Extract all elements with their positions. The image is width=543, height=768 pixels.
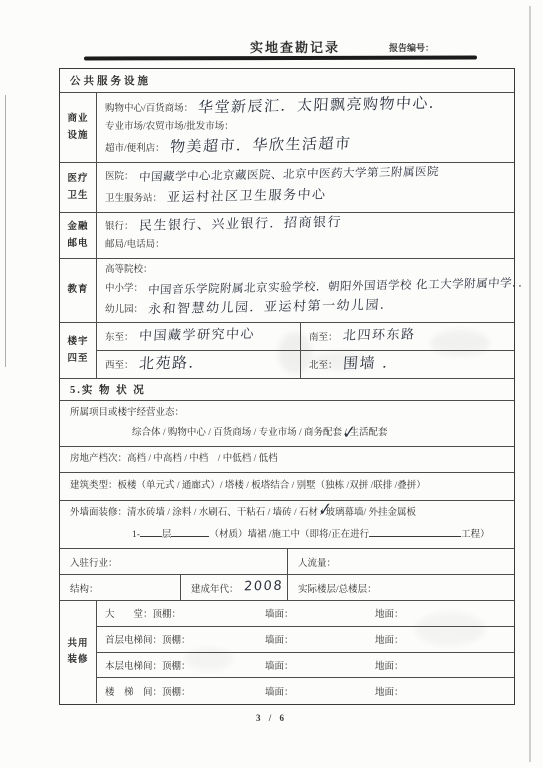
- wall-label: 墙面：: [265, 684, 375, 698]
- business-type-options: 综合体 / 购物中心 / 百货商场 / 专业市场 / 商务配套 / 生活配套: [70, 428, 514, 439]
- scan-artifact-line: [529, 6, 531, 762]
- handwritten-hospital: 中国藏学中心北京藏医院、北京中医药大学第三附属医院: [138, 166, 439, 183]
- row-education: 教育 高等院校： 中小学：中国音乐学院附属北京实验学校．朝阳外国语学校 化工大学…: [60, 259, 514, 323]
- field-label: 幼儿园：: [105, 305, 143, 315]
- field-label: 中小学：: [105, 284, 143, 294]
- field-label: 购物中心/百货商场：: [105, 104, 193, 114]
- area-name: 大 堂：: [105, 610, 153, 620]
- row-label-education: 教育: [60, 259, 97, 322]
- row-finance: 金融邮电 银行：民生银行、兴业银行．招商银行 邮局/电话局：: [60, 213, 514, 259]
- exterior-finish-options: 外墙面装修：清水砖墙 / 涂料 / 水刷石、干粘石 / 墙砖 / 石材 / 玻璃…: [70, 508, 514, 519]
- row-boundaries: 楼宇四至 东至：中国藏学研究中心 南至：北四环东路 西至：北苑路． 北至：围墙 …: [60, 323, 514, 379]
- field-label: 高等院校：: [105, 265, 153, 275]
- handwritten-east: 中国藏学研究中心: [138, 328, 255, 343]
- floor-label: 地面：: [375, 606, 404, 620]
- blank-field: [171, 527, 209, 537]
- section-title: 公共服务设施: [70, 73, 151, 88]
- row-building-type: 建筑类型：板楼（单元式 / 通廊式）/ 塔楼 / 板塔结合 / 别墅（独栋 /双…: [60, 473, 514, 501]
- field-market: 专业市场/农贸市场/批发市场：: [105, 122, 514, 133]
- field-label: 专业市场/农贸市场/批发市场：: [105, 122, 234, 132]
- field-structure: 结构：: [60, 575, 181, 600]
- ceiling-label: 顶棚：: [162, 662, 191, 672]
- field-floors: 实际楼层/总楼层：: [288, 575, 514, 600]
- row-label-medical: 医疗卫生: [60, 163, 97, 212]
- business-type-label: 所属项目或楼宇经营业态：: [70, 408, 514, 419]
- row-industry-traffic: 入驻行业： 人流量：: [60, 549, 514, 575]
- field-label: 超市/便利店：: [105, 144, 165, 154]
- ceiling-label: 顶棚：: [162, 636, 191, 646]
- field-college: 高等院校：: [105, 265, 514, 276]
- field-supermarket: 超市/便利店：物美超市．华欣生活超市: [105, 139, 514, 155]
- field-post: 邮局/电话局：: [105, 240, 514, 251]
- field-hospital: 医院：中国藏学中心北京藏医院、北京中医药大学第三附属医院: [105, 170, 514, 183]
- ceiling-label: 顶棚：: [153, 610, 182, 620]
- row-business-type: 所属项目或楼宇经营业态： 综合体 / 购物中心 / 百货商场 / 专业市场 / …: [60, 401, 514, 447]
- row-medical: 医疗卫生 医院：中国藏学中心北京藏医院、北京中医药大学第三附属医院 卫生服务站：…: [60, 163, 514, 213]
- field-label: 西至：: [105, 357, 134, 371]
- field-south: 南至：北四环东路: [301, 323, 514, 351]
- handwritten-south: 北四环东路: [342, 328, 415, 342]
- handwritten-check-business-type: ✓: [342, 424, 356, 443]
- row-label-commercial: 商业设施: [60, 93, 97, 162]
- handwritten-west: 北苑路．: [138, 355, 205, 371]
- page-number: 3 / 6: [0, 713, 543, 723]
- ceiling-label: 顶棚：: [162, 688, 191, 698]
- area-name: 楼 梯 间：: [105, 688, 162, 698]
- field-shopping-center: 购物中心/百货商场：华堂新辰汇．太阳飘亮购物中心．: [105, 99, 514, 115]
- page-title: 实地查勘记录: [250, 37, 340, 56]
- handwritten-kindergarten: 永和智慧幼儿园．亚运村第一幼儿园．: [148, 298, 395, 316]
- field-year-built: 建成年代：2008: [181, 575, 288, 600]
- shared-row-this-floor-elevator: 本层电梯间：顶棚：墙面：地面：: [97, 653, 514, 679]
- field-label: 银行：: [105, 222, 134, 232]
- handwritten-bank: 民生银行、兴业银行．招商银行: [138, 216, 342, 233]
- wall-label: 墙面：: [265, 658, 375, 672]
- handwritten-year: 2008: [243, 580, 283, 594]
- field-north: 北至：围墙 ．: [301, 351, 514, 379]
- field-school: 中小学：中国音乐学院附属北京实验学校．朝阳外国语学校 化工大学附属中学．．: [105, 282, 514, 295]
- scanned-form-page: 实地查勘记录 报告编号： 公共服务设施 商业设施 购物中心/百货商场：华堂新辰汇…: [0, 0, 543, 768]
- row-structure-year-floors: 结构： 建成年代：2008 实际楼层/总楼层：: [60, 575, 514, 601]
- row-label-boundaries: 楼宇四至: [60, 323, 97, 378]
- field-label: 南至：: [309, 329, 338, 343]
- field-west: 西至：北苑路．: [97, 351, 301, 379]
- floor-label: 地面：: [375, 658, 404, 672]
- scan-artifact-line: [5, 95, 6, 367]
- handwritten-school: 中国音乐学院附属北京实验学校．朝阳外国语学校 化工大学附属中学．．: [148, 278, 531, 297]
- handwritten-shopping-center: 华堂新辰汇．太阳飘亮购物中心．: [198, 96, 446, 116]
- field-label: 卫生服务站：: [105, 194, 162, 204]
- handwritten-clinic: 亚运村社区卫生服务中心: [167, 188, 327, 204]
- blank-field: [369, 527, 461, 537]
- section-physical-condition: 5.实 物 状 况: [60, 379, 514, 401]
- shared-row-first-floor-elevator: 首层电梯间：顶棚：墙面：地面：: [97, 627, 514, 653]
- header-rule: [84, 55, 477, 60]
- field-clinic: 卫生服务站：亚运村社区卫生服务中心: [105, 191, 514, 205]
- field-kindergarten: 幼儿园：永和智慧幼儿园．亚运村第一幼儿园．: [105, 302, 514, 316]
- area-name: 首层电梯间：: [105, 636, 162, 646]
- handwritten-north: 围墙 ．: [342, 355, 399, 371]
- building-type-line: 建筑类型：板楼（单元式 / 通廊式）/ 塔楼 / 板塔结合 / 别墅（独栋 /双…: [70, 481, 426, 492]
- floor-label: 地面：: [375, 684, 404, 698]
- wall-label: 墙面：: [265, 606, 375, 620]
- report-number-label: 报告编号：: [389, 41, 434, 54]
- floor-label: 地面：: [375, 632, 404, 646]
- row-exterior-finish: 外墙面装修：清水砖墙 / 涂料 / 水刷石、干粘石 / 墙砖 / 石材 / 玻璃…: [60, 501, 514, 549]
- field-bank: 银行：民生银行、兴业银行．招商银行: [105, 219, 514, 233]
- area-name: 本层电梯间：: [105, 662, 162, 672]
- handwritten-supermarket: 物美超市．华欣生活超市: [169, 137, 352, 156]
- wall-label: 墙面：: [265, 632, 375, 646]
- field-label: 医院：: [105, 172, 134, 182]
- form-table: 公共服务设施 商业设施 购物中心/百货商场：华堂新辰汇．太阳飘亮购物中心． 专业…: [59, 68, 515, 705]
- row-label-finance: 金融邮电: [60, 213, 97, 258]
- row-label-shared-decoration: 共用装修: [60, 601, 97, 703]
- field-label: 邮局/电话局：: [105, 240, 165, 250]
- property-grade-line: 房地产档次：高档 / 中高档 / 中档 / 中低档 / 低档: [70, 454, 278, 465]
- row-shared-decoration: 共用装修 大 堂：顶棚：墙面：地面： 首层电梯间：顶棚：墙面：地面： 本层电梯间…: [60, 601, 514, 703]
- section-public-services: 公共服务设施: [60, 69, 514, 93]
- field-label: 北至：: [309, 357, 338, 371]
- field-east: 东至：中国藏学研究中心: [97, 323, 301, 351]
- section-title: 5.实 物 状 况: [70, 382, 146, 397]
- blank-field: [140, 527, 162, 537]
- field-industry: 入驻行业：: [60, 549, 288, 574]
- field-label: 东至：: [105, 329, 134, 343]
- handwritten-check-wall-tile: ✓: [318, 501, 332, 520]
- field-traffic: 人流量：: [288, 549, 514, 574]
- row-property-grade: 房地产档次：高档 / 中高档 / 中档 / 中低档 / 低档: [60, 447, 514, 473]
- exterior-finish-detail: 1-层（材质）墙裙 /施工中（即将/正在进行工程）: [70, 527, 514, 541]
- shared-row-lobby: 大 堂：顶棚：墙面：地面：: [97, 601, 514, 627]
- row-commercial: 商业设施 购物中心/百货商场：华堂新辰汇．太阳飘亮购物中心． 专业市场/农贸市场…: [60, 93, 514, 163]
- shared-row-stairwell: 楼 梯 间：顶棚：墙面：地面：: [97, 678, 514, 703]
